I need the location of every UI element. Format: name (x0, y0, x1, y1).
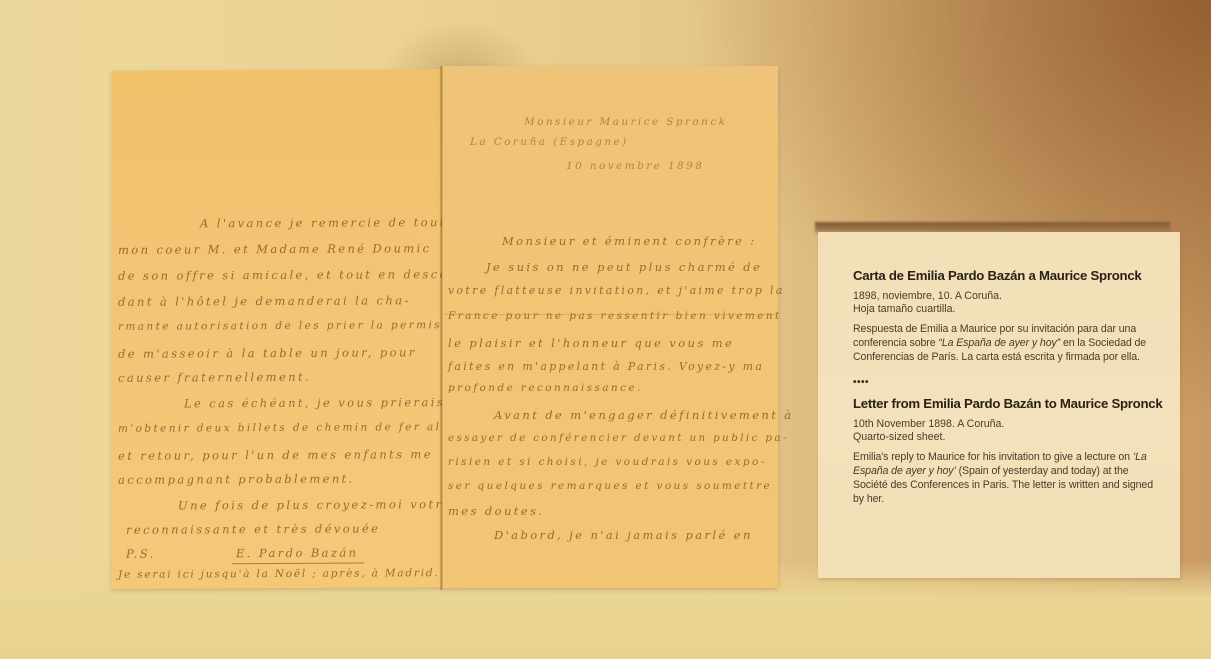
handwriting-line: accompagnant probablement. (118, 472, 355, 487)
handwriting-line: de son offre si amicale, et tout en desc… (118, 267, 465, 283)
handwriting-line: et retour, pour l'un de mes enfants me (118, 447, 433, 463)
label-description-english: Emilia's reply to Maurice for his invita… (853, 450, 1163, 506)
handwriting-line: mes doutes. (448, 504, 544, 518)
label-separator: •••• (853, 377, 1163, 388)
signature-underline (232, 563, 364, 565)
handwriting-line: essayer de conférencier devant un public… (448, 432, 789, 444)
desc-text: Emilia's reply to Maurice for his invita… (853, 451, 1133, 463)
handwriting-line: m'obtenir deux billets de chemin de fer … (118, 421, 463, 435)
label-format-spanish: Hoja tamaño cuartilla. (853, 303, 1163, 316)
handwriting-line: risien et si choisi, je voudrais vous ex… (448, 456, 767, 468)
handwriting-line: France pour ne pas ressentir bien viveme… (448, 310, 782, 322)
letter-center-fold (440, 66, 443, 590)
letter-page-right: Monsieur Maurice Spronck La Coruña (Espa… (442, 66, 778, 588)
handwriting-line: faites en m'appelant à Paris. Voyez-y ma (448, 360, 764, 373)
handwriting-line: causer fraternellement. (118, 370, 311, 385)
handwriting-line: Avant de m'engager définitivement à (494, 408, 794, 422)
exhibit-label: Carta de Emilia Pardo Bazán a Maurice Sp… (818, 232, 1180, 578)
handwriting-line: Je suis on ne peut plus charmé de (486, 260, 762, 274)
label-title-english: Letter from Emilia Pardo Bazán to Mauric… (853, 396, 1163, 411)
handwriting-line: le plaisir et l'honneur que vous me (448, 336, 734, 350)
handwriting-line: mon coeur M. et Madame René Doumic (118, 241, 432, 257)
letter-addressee: Monsieur Maurice Spronck (524, 116, 727, 128)
label-date-english: 10th November 1898. A Coruña. (853, 418, 1163, 431)
postscript-text: Je serai ici jusqu'à la Noël ; après, à … (118, 567, 440, 581)
handwriting-line: Le cas échéant, je vous prierais de (184, 395, 470, 410)
letter-horizontal-crease (443, 314, 777, 315)
label-date-spanish: 1898, noviembre, 10. A Coruña. (853, 290, 1163, 303)
handwritten-letter: A l'avance je remercie de tout mon coeur… (112, 68, 778, 590)
letter-page-left: A l'avance je remercie de tout mon coeur… (112, 69, 442, 589)
handwriting-line: reconnaissante et très dévouée (126, 521, 380, 536)
handwriting-line: rmante autorisation de les prier la perm… (118, 319, 473, 333)
label-description-spanish: Respuesta de Emilia a Maurice por su inv… (853, 322, 1163, 364)
handwriting-line: de m'asseoir à la table un jour, pour (118, 345, 417, 361)
postscript-label: P.S. (126, 547, 156, 561)
handwriting-line: A l'avance je remercie de tout (200, 215, 447, 230)
letter-salutation: Monsieur et éminent confrère : (502, 234, 757, 248)
letter-date: 10 novembre 1898 (566, 160, 704, 172)
label-format-english: Quarto-sized sheet. (853, 431, 1163, 444)
handwriting-line: votre flatteuse invitation, et j'aime tr… (448, 284, 785, 297)
handwriting-line: ser quelques remarques et vous soumettre (448, 480, 772, 492)
handwriting-line: dant à l'hôtel je demanderai la cha- (118, 293, 411, 309)
handwriting-line: D'abord, je n'ai jamais parlé en (494, 528, 753, 542)
desc-title-italic: “La España de ayer y hoy” (938, 337, 1060, 349)
letter-place: La Coruña (Espagne) (470, 136, 629, 148)
signature: E. Pardo Bazán (236, 546, 358, 561)
handwriting-line: profonde reconnaissance. (448, 382, 643, 394)
exhibit-label-content: Carta de Emilia Pardo Bazán a Maurice Sp… (853, 268, 1163, 506)
label-title-spanish: Carta de Emilia Pardo Bazán a Maurice Sp… (853, 268, 1163, 283)
